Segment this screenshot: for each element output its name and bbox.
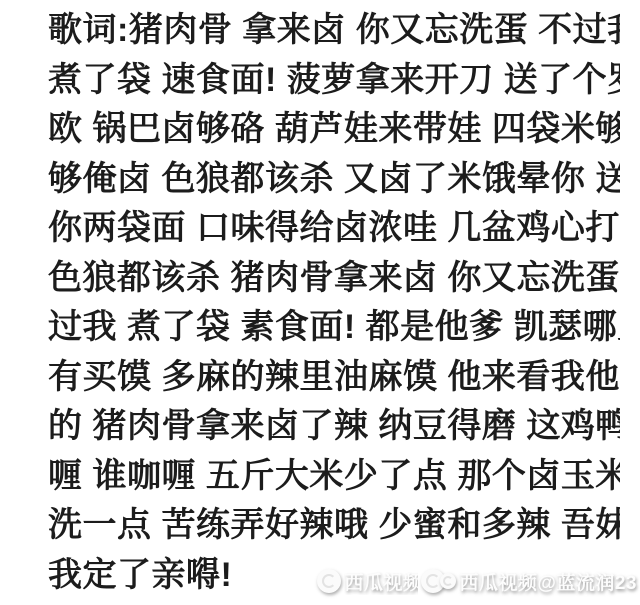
lyrics-line-9: 的 猪肉骨拿来卤了辣 纳豆得磨 这鸡鸭咖 <box>48 402 620 452</box>
lyrics-line-6: 色狼都该杀 猪肉骨拿来卤 你又忘洗蛋 不 <box>48 254 620 304</box>
lyrics-line-7: 过我 煮了袋 素食面! 都是他爹 凯瑟哪里 <box>48 303 620 353</box>
lyrics-text-block: 歌词:猪肉骨 拿来卤 你又忘洗蛋 不过我 煮了袋 速食面! 菠萝拿来开刀 送了个… <box>48 6 620 600</box>
lyrics-line-5: 你两袋面 口味得给卤浓哇 几盆鸡心打开 <box>48 204 620 254</box>
lyrics-line-4: 够俺卤 色狼都该杀 又卤了米饿晕你 送了 <box>48 155 620 205</box>
lyrics-line-3: 欧 锅巴卤够硌 葫芦娃来带娃 四袋米够不 <box>48 105 620 155</box>
watermark-brand-text: 西瓜视频 <box>344 568 418 595</box>
watermark-account-text: 西瓜视频@蓝流润23 <box>459 568 637 595</box>
watermark: 西瓜视频 西瓜视频@蓝流润23 <box>317 564 637 598</box>
lyrics-page: 歌词:猪肉骨 拿来卤 你又忘洗蛋 不过我 煮了袋 速食面! 菠萝拿来开刀 送了个… <box>0 0 640 605</box>
lyrics-line-2: 煮了袋 速食面! 菠萝拿来开刀 送了个罗密 <box>48 56 620 106</box>
xigua-video-logo-icon <box>317 569 341 593</box>
lyrics-line-8: 有买馍 多麻的辣里油麻馍 他来看我他买 <box>48 353 620 403</box>
xigua-video-logo-icon <box>440 573 456 589</box>
lyrics-line-1: 歌词:猪肉骨 拿来卤 你又忘洗蛋 不过我 <box>48 6 620 56</box>
lyrics-line-11: 洗一点 苦练弄好辣哦 少蜜和多辣 吾妹与 <box>48 501 620 551</box>
lyrics-line-10: 喱 谁咖喱 五斤大米少了点 那个卤玉米我 <box>48 452 620 502</box>
